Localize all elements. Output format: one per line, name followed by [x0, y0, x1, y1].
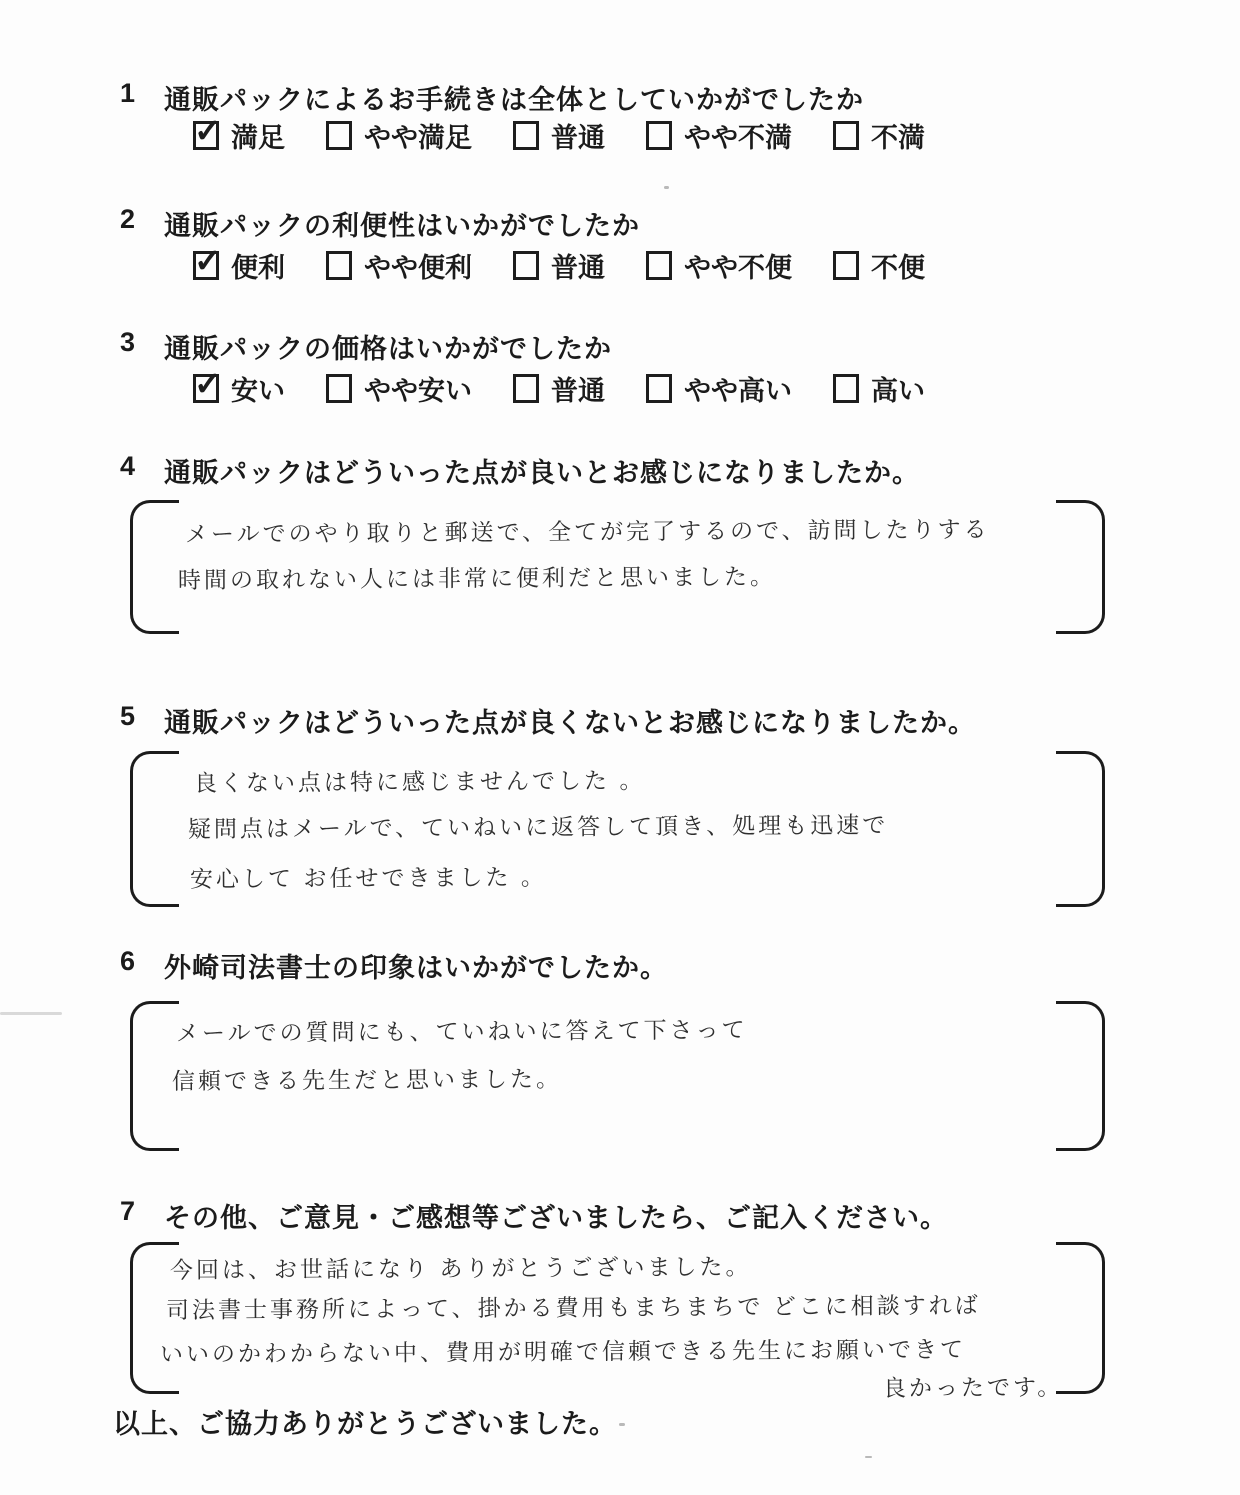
- question-title: 外崎司法書士の印象はいかがでしたか。: [164, 946, 668, 985]
- question-title: 通販パックの価格はいかがでしたか: [164, 327, 612, 366]
- handwritten-line: 信頼できる先生だと思いました。: [172, 1061, 562, 1096]
- option-label: やや満足: [364, 116, 472, 155]
- scanned-survey-page: 1 通販パックによるお手続きは全体としていかがでしたか 満足 やや満足 普通 や…: [0, 0, 1240, 1495]
- question-3-options: 安い やや安い 普通 やや高い 高い: [193, 369, 925, 408]
- scan-artifact: [0, 1012, 62, 1015]
- checkbox-icon: [646, 251, 672, 280]
- option-benri: 便利: [193, 246, 285, 285]
- option-label: 高い: [871, 369, 925, 408]
- question-1-header: 1 通販パックによるお手続きは全体としていかがでしたか: [120, 78, 864, 117]
- right-bracket: [1056, 500, 1105, 634]
- handwritten-line: 司法書士事務所によって、掛かる費用もまちまちで どこに相談すれば: [166, 1287, 981, 1325]
- question-1-options: 満足 やや満足 普通 やや不満 不満: [193, 116, 925, 155]
- right-bracket: [1056, 751, 1105, 907]
- question-number: 6: [120, 946, 164, 985]
- option-label: 便利: [231, 246, 285, 285]
- option-label: 普通: [551, 246, 605, 285]
- question-title: 通販パックはどういった点が良いとお感じになりましたか。: [164, 451, 920, 490]
- question-number: 4: [120, 451, 164, 490]
- handwritten-line: いいのかわからない中、費用が明確で信頼できる先生にお願いできて: [160, 1331, 966, 1369]
- handwritten-line: 安心して お任せできました 。: [190, 859, 547, 894]
- question-number: 5: [120, 701, 164, 740]
- handwritten-line: 今回は、お世話になり ありがとうございました。: [170, 1248, 752, 1285]
- option-takai: 高い: [833, 369, 925, 408]
- handwritten-line: 良かったです。: [883, 1369, 1063, 1403]
- question-title: 通販パックによるお手続きは全体としていかがでしたか: [164, 78, 864, 117]
- option-futsuu: 普通: [513, 369, 605, 408]
- option-label: やや高い: [684, 369, 792, 408]
- option-yasui: 安い: [193, 369, 285, 408]
- right-bracket: [1056, 1001, 1105, 1151]
- option-label: 普通: [551, 369, 605, 408]
- handwritten-line: 疑問点はメールで、ていねいに返答して頂き、処理も迅速で: [188, 807, 888, 844]
- checkbox-icon: [646, 121, 672, 150]
- question-4-answer-box: メールでのやり取りと郵送で、全てが完了するので、訪問したりする 時間の取れない人…: [130, 500, 1105, 634]
- option-label: 不満: [871, 116, 925, 155]
- handwritten-line: 時間の取れない人には非常に便利だと思いました。: [178, 558, 776, 595]
- question-5-answer-box: 良くない点は特に感じませんでした 。 疑問点はメールで、ていねいに返答して頂き、…: [130, 751, 1105, 907]
- question-number: 2: [120, 204, 164, 243]
- left-bracket: [130, 500, 179, 634]
- option-yaya-benri: やや便利: [326, 246, 472, 285]
- option-label: やや不便: [684, 246, 792, 285]
- option-yaya-yasui: やや安い: [326, 369, 472, 408]
- footer-note: 以上、ご協力ありがとうございました。: [113, 1402, 617, 1441]
- checkbox-icon: [513, 121, 539, 150]
- question-7-answer-box: 今回は、お世話になり ありがとうございました。 司法書士事務所によって、掛かる費…: [130, 1242, 1105, 1394]
- checkbox-icon: [193, 374, 219, 403]
- checkbox-icon: [326, 121, 352, 150]
- scan-artifact: [865, 1456, 872, 1458]
- question-number: 7: [120, 1196, 164, 1235]
- checkbox-icon: [833, 374, 859, 403]
- question-6-answer-box: メールでの質問にも、ていねいに答えて下さって 信頼できる先生だと思いました。: [130, 1001, 1105, 1151]
- option-futsuu: 普通: [513, 246, 605, 285]
- question-2-options: 便利 やや便利 普通 やや不便 不便: [193, 246, 925, 285]
- handwritten-line: メールでの質問にも、ていねいに答えて下さって: [176, 1012, 748, 1048]
- option-yaya-manzoku: やや満足: [326, 116, 472, 155]
- checkbox-icon: [513, 374, 539, 403]
- question-title: 通販パックの利便性はいかがでしたか: [164, 204, 640, 243]
- option-fuben: 不便: [833, 246, 925, 285]
- checkbox-icon: [193, 251, 219, 280]
- option-yaya-fuman: やや不満: [646, 116, 792, 155]
- checkbox-icon: [513, 251, 539, 280]
- option-yaya-fuben: やや不便: [646, 246, 792, 285]
- handwritten-line: メールでのやり取りと郵送で、全てが完了するので、訪問したりする: [185, 511, 990, 549]
- option-label: やや便利: [364, 246, 472, 285]
- handwritten-line: 良くない点は特に感じませんでした 。: [194, 762, 646, 798]
- question-title: その他、ご意見・ご感想等ございましたら、ご記入ください。: [164, 1196, 948, 1235]
- question-title: 通販パックはどういった点が良くないとお感じになりましたか。: [164, 701, 976, 740]
- checkbox-icon: [326, 251, 352, 280]
- option-label: 普通: [551, 116, 605, 155]
- question-2-header: 2 通販パックの利便性はいかがでしたか: [120, 204, 640, 243]
- question-number: 3: [120, 327, 164, 366]
- option-label: 安い: [231, 369, 285, 408]
- checkbox-icon: [326, 374, 352, 403]
- question-7-header: 7 その他、ご意見・ご感想等ございましたら、ご記入ください。: [120, 1196, 948, 1235]
- option-label: 満足: [231, 116, 285, 155]
- option-label: 不便: [871, 246, 925, 285]
- option-label: やや安い: [364, 369, 472, 408]
- checkbox-icon: [193, 121, 219, 150]
- right-bracket: [1056, 1242, 1105, 1394]
- question-5-header: 5 通販パックはどういった点が良くないとお感じになりましたか。: [120, 701, 976, 740]
- scan-artifact: [619, 1423, 625, 1426]
- option-fuman: 不満: [833, 116, 925, 155]
- option-futsuu: 普通: [513, 116, 605, 155]
- checkbox-icon: [646, 374, 672, 403]
- checkbox-icon: [833, 251, 859, 280]
- option-yaya-takai: やや高い: [646, 369, 792, 408]
- question-3-header: 3 通販パックの価格はいかがでしたか: [120, 327, 612, 366]
- question-4-header: 4 通販パックはどういった点が良いとお感じになりましたか。: [120, 451, 920, 490]
- left-bracket: [130, 751, 179, 907]
- option-manzoku: 満足: [193, 116, 285, 155]
- question-6-header: 6 外崎司法書士の印象はいかがでしたか。: [120, 946, 668, 985]
- scan-artifact: [664, 186, 669, 189]
- question-number: 1: [120, 78, 164, 117]
- checkbox-icon: [833, 121, 859, 150]
- option-label: やや不満: [684, 116, 792, 155]
